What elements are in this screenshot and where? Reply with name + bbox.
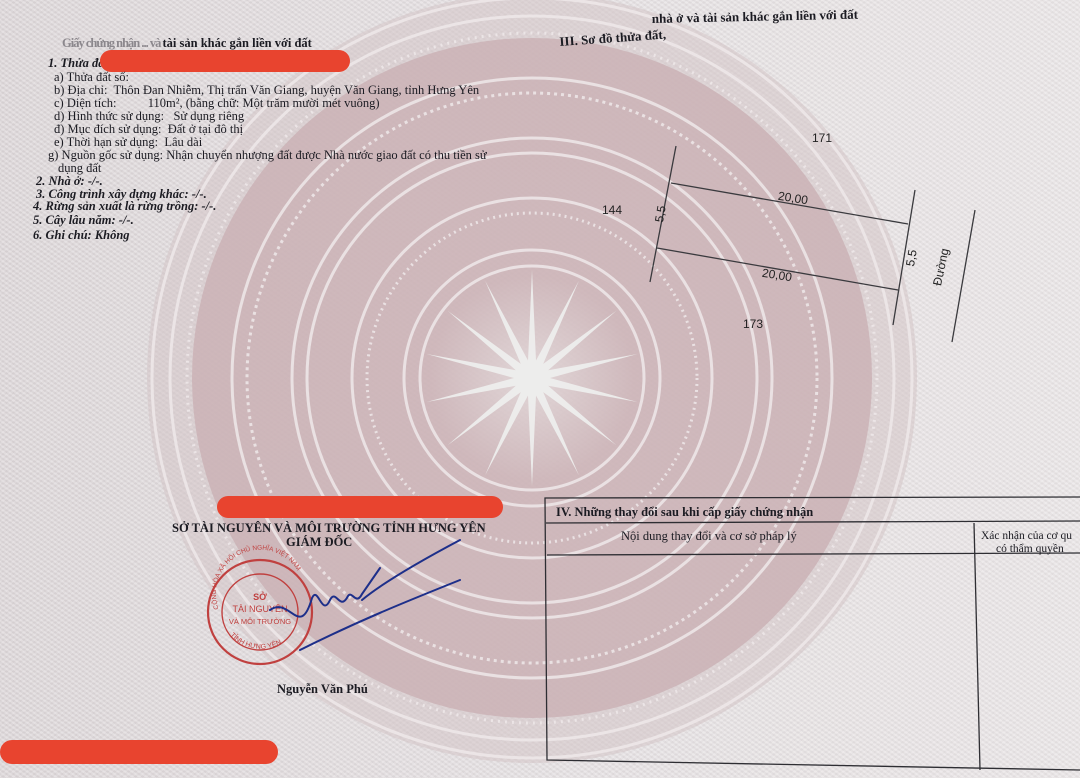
column-header-changes: Nội dung thay đổi và cơ sở pháp lý bbox=[621, 529, 797, 544]
column-header-confirmation: Xác nhận của cơ qu bbox=[981, 530, 1072, 542]
section-4-title: IV. Những thay đổi sau khi cấp giấy chứn… bbox=[556, 505, 813, 520]
column-header-confirmation-cont: có thẩm quyền bbox=[996, 543, 1064, 555]
changes-table-grid bbox=[0, 0, 1080, 778]
